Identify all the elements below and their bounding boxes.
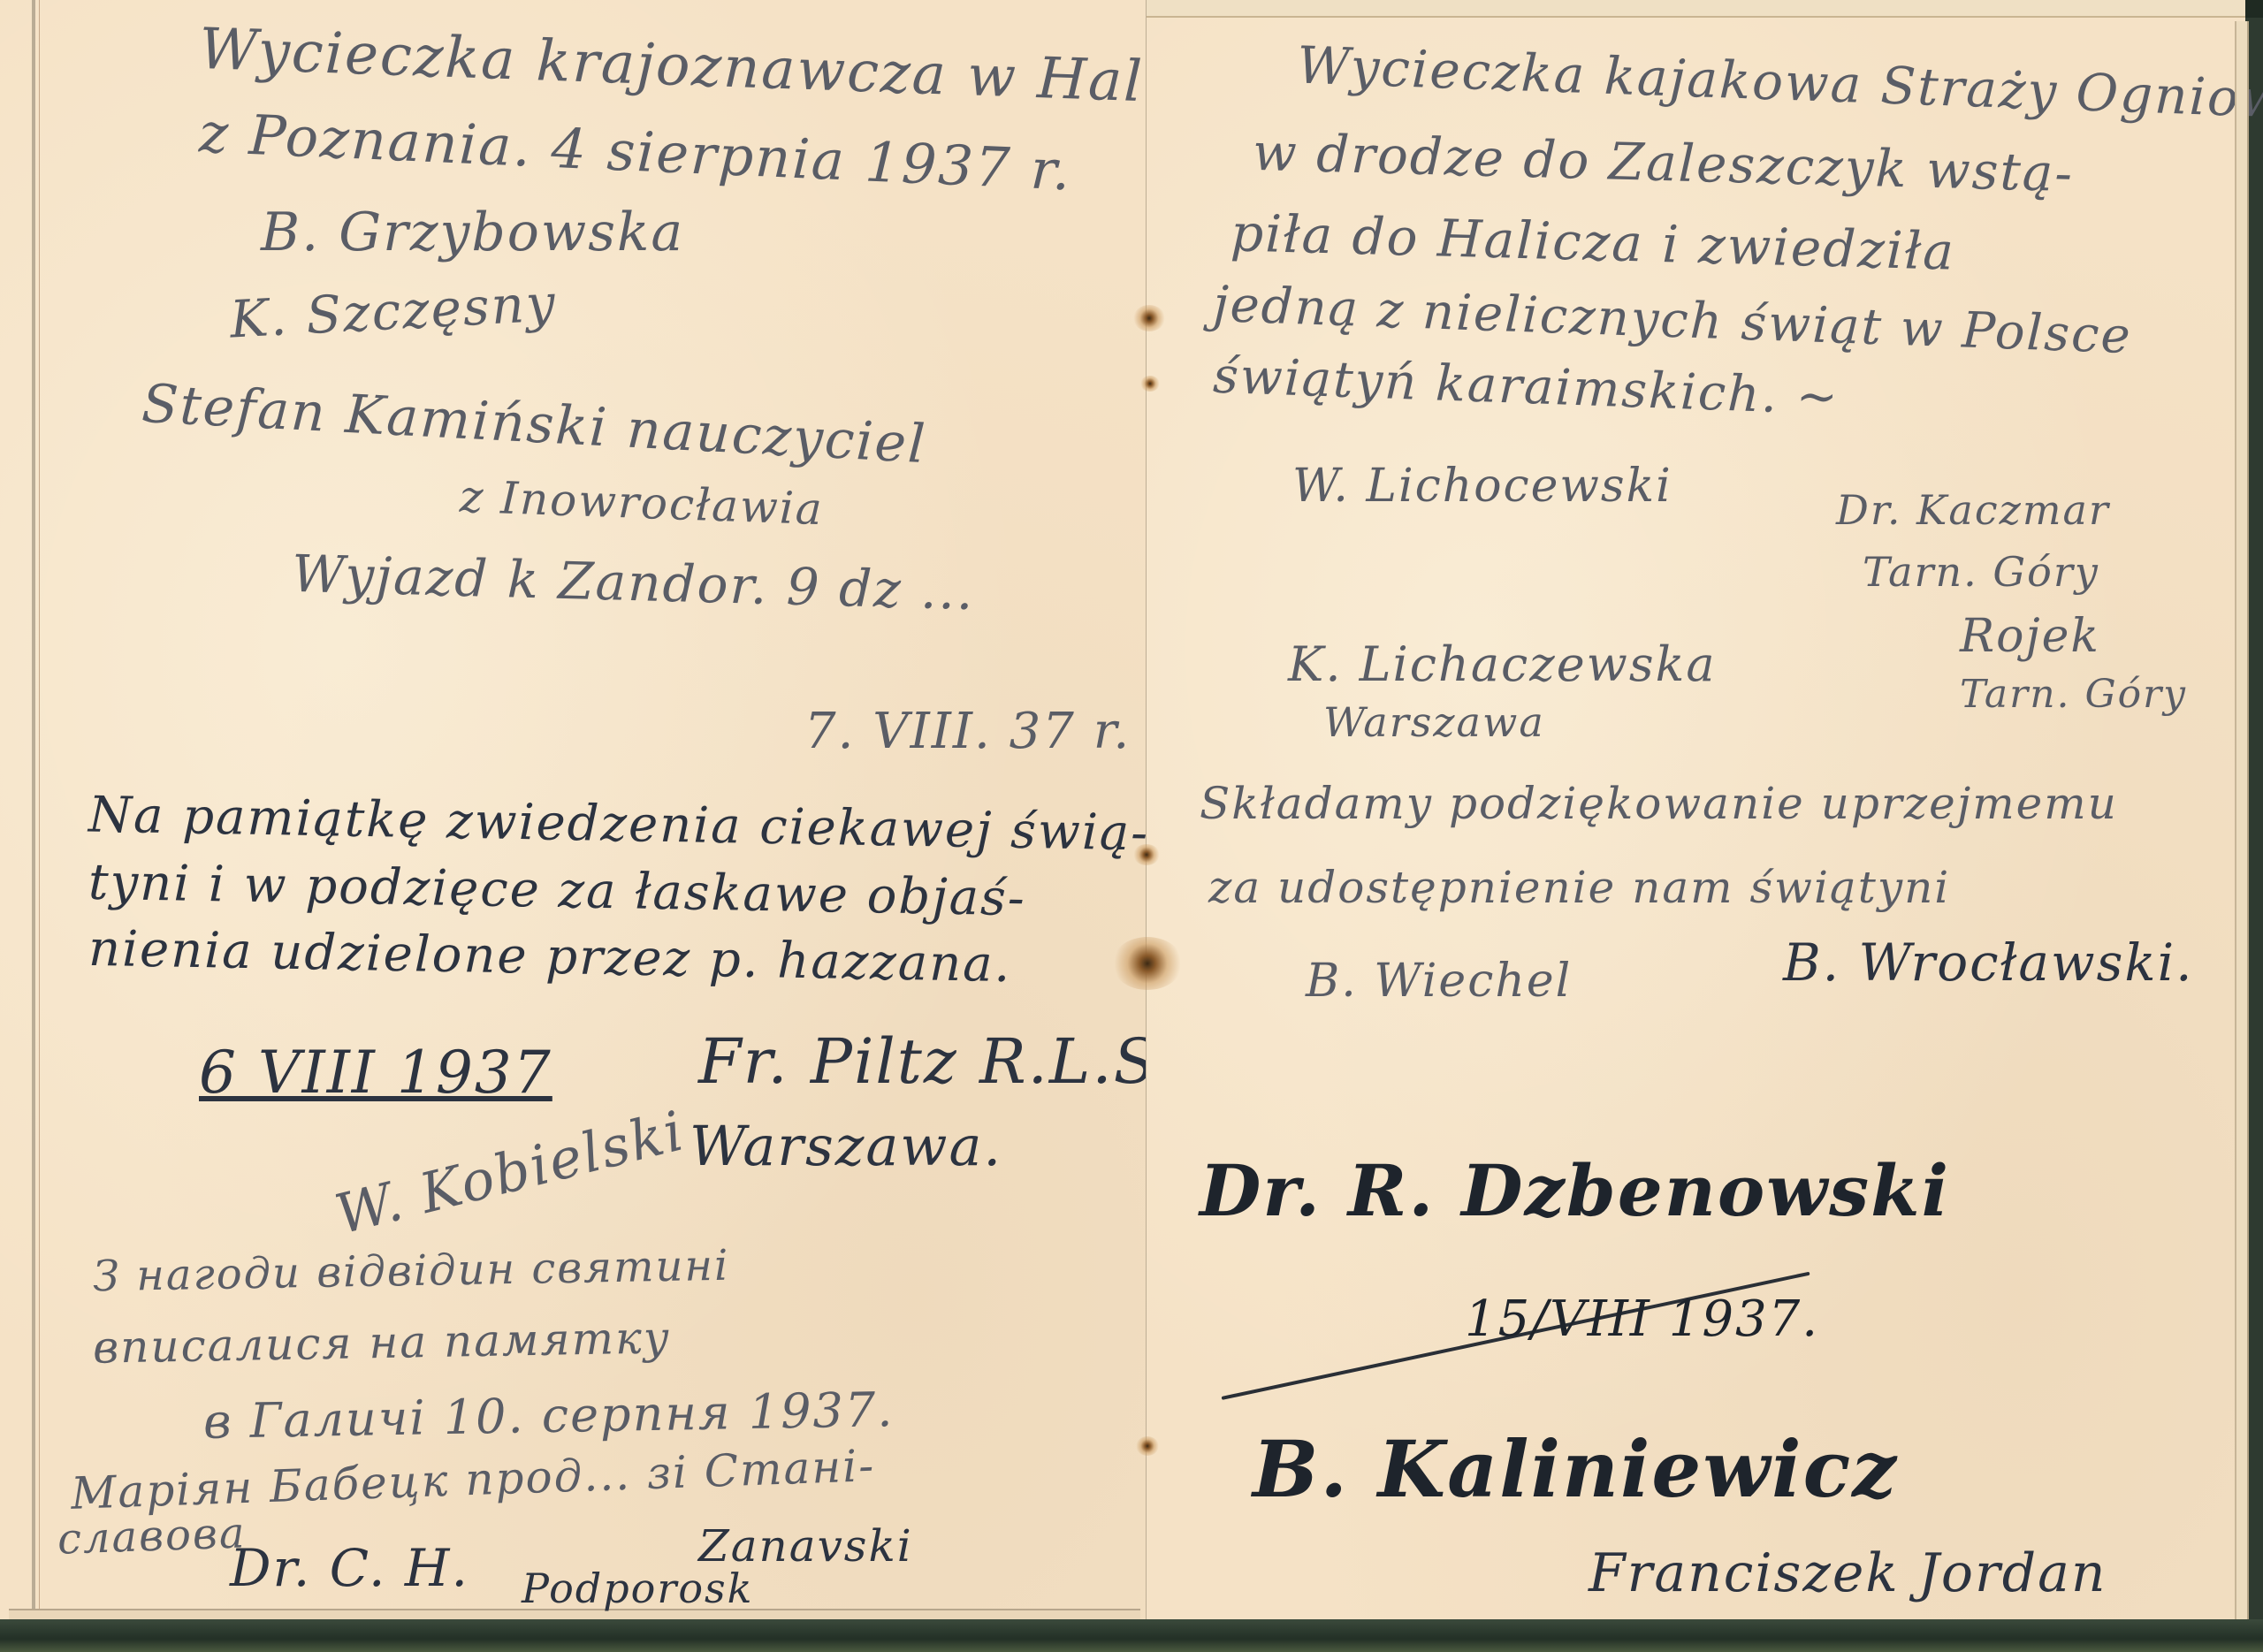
- page-stack-edge: [32, 0, 35, 1613]
- entry-3-line-2: tyni i w podzięce za łaskawe objaś-: [88, 854, 1027, 928]
- entry-3-line-3: nienia udzielone przez p. hazzana.: [88, 920, 1012, 993]
- left-page: Wycieczka krajoznawcza w Haliczu z Pozna…: [0, 0, 1147, 1622]
- signature-warszawa-right: Warszawa: [1323, 698, 1545, 746]
- book-cover-bottom: [0, 1619, 2263, 1652]
- entry-5-line-3: piła do Halicza i zwiedziła: [1230, 202, 1955, 281]
- entry-4-line-3: в Галичі 10. серпня 1937.: [203, 1382, 895, 1450]
- entry-3-line-1: Na pamiątkę zwiedzenia ciekawej świą-: [88, 787, 1150, 863]
- signature-podporosk: Podporosk: [522, 1564, 754, 1612]
- signature-jordan: Franciszek Jordan: [1589, 1542, 2107, 1604]
- entry-6-line-1: Składamy podziękowanie uprzejmemu: [1200, 778, 2118, 829]
- right-page: Wycieczka kajakowa Straży Ogniowej w dro…: [1147, 0, 2245, 1622]
- entry-5-line-2: w drodze do Zaleszczyk wstą-: [1252, 122, 2075, 203]
- entry-3-date: 6 VIII 1937: [199, 1039, 552, 1107]
- binding-stain: [1140, 376, 1160, 392]
- signature-kaliniewicz: B. Kaliniewicz: [1253, 1423, 1898, 1515]
- signature-dr-ch: Dr. C. H.: [230, 1538, 469, 1598]
- entry-2-line-3: Wyjazd k Zandor. 9 dz ...: [291, 544, 975, 621]
- signature-szczesny: K. Szczęsny: [228, 272, 558, 349]
- signature-kobielski: W. Kobielski: [329, 1098, 690, 1246]
- entry-4-line-5: славова: [57, 1508, 247, 1564]
- entry-4-line-1: З нагоди відвідин святині: [93, 1241, 730, 1302]
- entry-6-line-2: za udostępnienie nam świątyni: [1208, 862, 1950, 913]
- entry-4-line-2: вписалися на памятку: [93, 1312, 672, 1373]
- signature-warszawa: Warszawa.: [690, 1114, 1002, 1178]
- entry-4-line-4: Маріян Бабецк прод... зі Стані-: [70, 1440, 876, 1519]
- entry-2-date: 7. VIII. 37 r.: [804, 703, 1131, 760]
- binding-stain: [1133, 844, 1160, 865]
- signature-piltz: Fr. Piltz R.L.S.: [698, 1025, 1177, 1098]
- entry-1-line-2: z Poznania. 4 sierpnia 1937 r.: [198, 100, 1073, 202]
- entry-5-line-5: świątyń karaimskich. ~: [1212, 347, 1840, 427]
- signature-kaczmar: Dr. Kaczmar: [1836, 486, 2110, 534]
- signature-dzbenowski: Dr. R. Dzbenowski: [1200, 1149, 1950, 1232]
- page-stack-right-edge: [2235, 21, 2249, 1621]
- binding-stain: [1112, 937, 1183, 990]
- signature-tarn-gory-1: Tarn. Góry: [1863, 548, 2099, 596]
- signature-rojek: Rojek: [1960, 610, 2100, 663]
- entry-1-line-1: Wycieczka krajoznawcza w Haliczu: [198, 17, 1268, 119]
- signature-grzybowska: B. Grzybowska: [261, 202, 684, 263]
- page-stack-top-edge: [1147, 0, 2252, 18]
- page-stack-edge-line: [39, 0, 40, 1613]
- signature-tarn-gory-2: Tarn. Góry: [1960, 672, 2187, 717]
- signature-wiechel: B. Wiechel: [1306, 955, 1572, 1008]
- entry-2-line-2: z Inowrocławia: [459, 471, 824, 535]
- signature-wroclawski: B. Wrocławski.: [1783, 933, 2194, 993]
- entry-7-date: 15/VIII 1937.: [1465, 1290, 1819, 1348]
- entry-5-line-1: Wycieczka kajakowa Straży Ogniowej: [1296, 35, 2263, 132]
- binding-stain: [1136, 1436, 1159, 1456]
- entry-2-line-1: Stefan Kamiński nauczyciel: [141, 373, 928, 476]
- signature-lichaczewska: K. Lichaczewska: [1288, 636, 1717, 692]
- signature-lichocewski: W. Lichocewski: [1292, 460, 1672, 513]
- binding-stain: [1133, 305, 1165, 331]
- book-cover-corner: [2245, 0, 2263, 18]
